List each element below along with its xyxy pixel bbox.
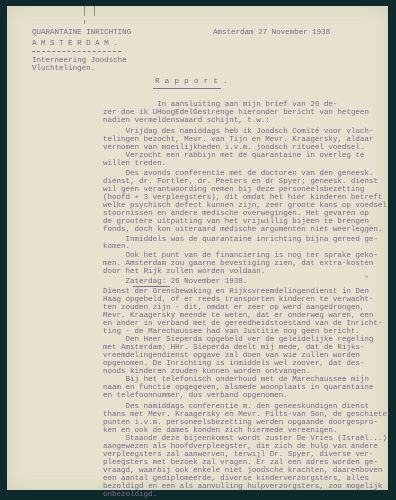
body-line: noods kinderen zouden kunnen worden ontv…: [103, 368, 385, 376]
body-line: telingen bezocht, Mevr. van Tijn en Mevr…: [103, 136, 385, 144]
punch-mark: [94, 6, 95, 16]
body-line: Staande deze bijeenkomst wordt zuster De…: [103, 435, 385, 443]
body-line: Haag opgebeld, of er reeds transporten k…: [103, 296, 385, 304]
body-line: ting - de Marechaussee had van Justitie …: [103, 328, 385, 336]
body-line: opgenomen. De Inrichting is inmiddels we…: [103, 360, 385, 368]
body-line: Vrijdag des namiddags heb ik Joodsch Com…: [103, 128, 385, 136]
subject-line-2: Vluchtelingen.: [32, 65, 95, 73]
header-divider: [32, 51, 121, 52]
body-line: welke psychisch defect kunnen zijn, zeer…: [103, 202, 385, 210]
body-line: een aantal gediplomeerde, diverse kinder…: [103, 475, 385, 483]
document-title: R a p p o r t .: [155, 78, 228, 86]
body-line: en ander in verband met de gereedheidsto…: [103, 320, 385, 328]
body-line: Ook het punt van de financiering is nog …: [103, 252, 385, 260]
body-line: pleegsters met bezoek zal vragen. Er zal…: [103, 459, 385, 467]
body-line: dienst, dr. Fortler, dr. Peeters en dr S…: [103, 178, 385, 186]
body-line: vernomen van moeilijkheden i.v.m. joodsc…: [103, 144, 385, 152]
body-line: aangewezen als hoofdverpleegster, die zi…: [103, 443, 385, 451]
body-line: stoornissen en andere medische overwegin…: [103, 210, 385, 218]
letter-date: Amsterdam 27 November 1938: [213, 29, 330, 37]
body-line: Bij het telefonisch onderhoud met de Mar…: [103, 376, 385, 384]
org-city: A M S T E R D A M .: [32, 40, 118, 48]
punch-mark: [84, 20, 85, 24]
body-line: naam en functie opgegeven, alsmede woonp…: [103, 384, 385, 392]
body-line: met Amsterdam; HHr. Sieperda deelt mij m…: [103, 344, 385, 352]
body-line: Des namiddags conferentie m. den geneesk…: [103, 403, 385, 411]
body-line: bezoldigd en een als aanvulling hulpverz…: [103, 483, 385, 491]
body-line: fonds, doch kon uiteraard medische argum…: [103, 226, 385, 234]
subject-line-1: Interneering Joodsche: [32, 57, 127, 65]
body-line: Mevr. Kraagersky meende te weten, dat er…: [103, 312, 385, 320]
body-line: men. Amsterdam zou gaarne bevestiging zi…: [103, 260, 385, 268]
body-line: (hoofd + 3 verpleegsters), dit omdat het…: [103, 194, 385, 202]
body-line: de grootere uitputting van het vrijwilli…: [103, 218, 385, 226]
body-line: punten i.v.m. personeelsbezetting werden…: [103, 419, 385, 427]
body-line: verpleegsters zal aanwerven, terwijl Dr.…: [103, 451, 385, 459]
body-line: komen.: [103, 243, 385, 251]
body-line: willen treden.: [103, 160, 385, 168]
body-line: Dienst der Grensbewaking en Rijksvreemde…: [103, 288, 385, 296]
body-line: zer doe ik UHoogEdelGestrenge hieronder …: [103, 109, 385, 117]
body-line: vreemdelingendienst opgave zal doen van …: [103, 352, 385, 360]
body-line: nadien vermeldenswaard schijnt, t.w.:: [103, 117, 385, 125]
body-line: Den Heer Sieperda opgebeld ver de geleid…: [103, 336, 385, 344]
zaterdag-underline: [133, 286, 170, 287]
body-line: Des avonds conferentie met de doctoren v…: [103, 170, 385, 178]
body-line: vraagd, waarbij ook enkele niet joodsche…: [103, 467, 385, 475]
body-line: onbezoldigd.: [103, 491, 385, 499]
body-line: door het Rijk zullen worden voldaan.: [103, 268, 385, 276]
body-line: wil geen verantwoording nemen bij deze p…: [103, 186, 385, 194]
body-line: In aansluiting aan mijn brief van 26 de-: [103, 101, 385, 109]
title-underline: [153, 88, 221, 89]
body-line: ten zouden zijn - dit, omdat er zeer op …: [103, 304, 385, 312]
body-line: Verzocht een rabbijn met de quarantaine …: [103, 152, 385, 160]
body-line: en telefoonnummer, dus verband opgenomen…: [103, 392, 385, 400]
punch-mark: [84, 6, 85, 16]
org-name: QUARANTAINE INRICHTING: [32, 29, 131, 37]
section-heading-zaterdag: Zaterdag: 26 November 1938.: [103, 278, 385, 286]
body-line: thans met Mevr. Kraagersky en Mevr. Pilt…: [103, 411, 385, 419]
body-line: ken en ook de dames konden zich hiermede…: [103, 427, 385, 435]
